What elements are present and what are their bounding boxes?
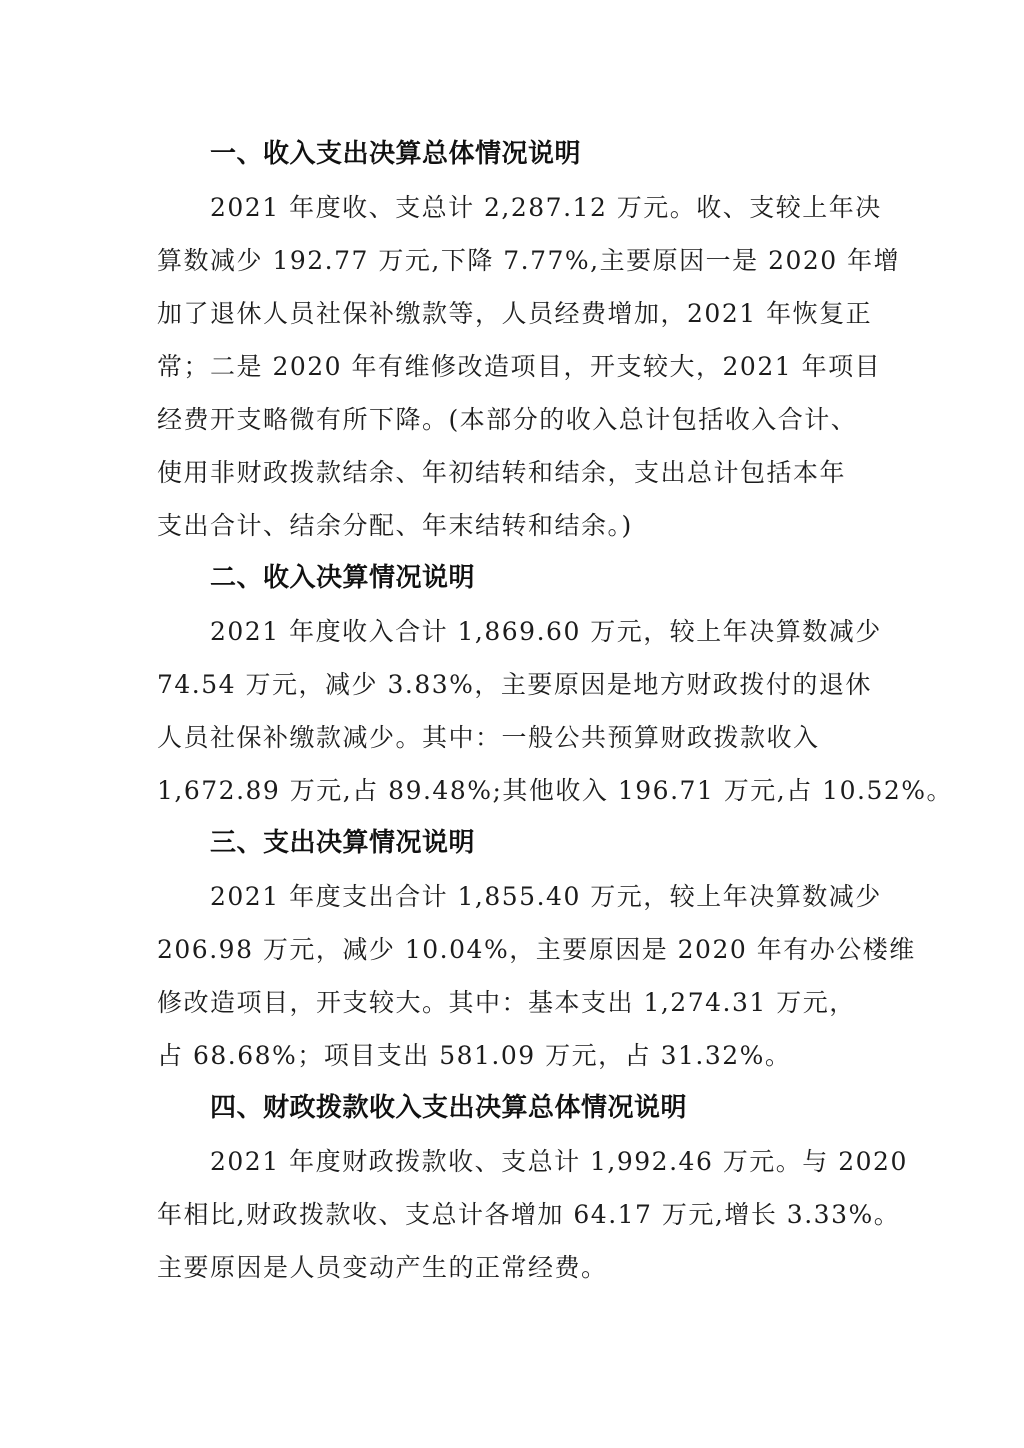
paragraph-line: 占 68.68%；项目支出 581.09 万元，占 31.32%。 [157, 1029, 877, 1082]
paragraph-line: 年相比,财政拨款收、支总计各增加 64.17 万元,增长 3.33%。 [157, 1188, 877, 1241]
section-overall-income-expenditure: 一、收入支出决算总体情况说明 2021 年度收、支总计 2,287.12 万元。… [157, 128, 877, 552]
paragraph-line: 修改造项目，开支较大。其中：基本支出 1,274.31 万元， [157, 976, 877, 1029]
paragraph-line: 使用非财政拨款结余、年初结转和结余，支出总计包括本年 [157, 446, 877, 499]
paragraph-line: 主要原因是人员变动产生的正常经费。 [157, 1241, 877, 1294]
paragraph-line: 经费开支略微有所下降。(本部分的收入总计包括收入合计、 [157, 393, 877, 446]
section-heading: 三、支出决算情况说明 [157, 817, 877, 870]
section-heading: 一、收入支出决算总体情况说明 [157, 128, 877, 181]
paragraph-line: 人员社保补缴款减少。其中：一般公共预算财政拨款收入 [157, 711, 877, 764]
paragraph-line: 算数减少 192.77 万元,下降 7.77%,主要原因一是 2020 年增 [157, 234, 877, 287]
paragraph-line: 常；二是 2020 年有维修改造项目，开支较大，2021 年项目 [157, 340, 877, 393]
paragraph-line: 2021 年度支出合计 1,855.40 万元，较上年决算数减少 [157, 870, 877, 923]
section-heading: 二、收入决算情况说明 [157, 552, 877, 605]
section-expenditure: 三、支出决算情况说明 2021 年度支出合计 1,855.40 万元，较上年决算… [157, 817, 877, 1082]
section-heading: 四、财政拨款收入支出决算总体情况说明 [157, 1082, 877, 1135]
paragraph-line: 加了退休人员社保补缴款等，人员经费增加，2021 年恢复正 [157, 287, 877, 340]
paragraph-line: 2021 年度收入合计 1,869.60 万元，较上年决算数减少 [157, 605, 877, 658]
section-income: 二、收入决算情况说明 2021 年度收入合计 1,869.60 万元，较上年决算… [157, 552, 877, 817]
paragraph-line: 2021 年度财政拨款收、支总计 1,992.46 万元。与 2020 [157, 1135, 877, 1188]
document-page: 一、收入支出决算总体情况说明 2021 年度收、支总计 2,287.12 万元。… [157, 128, 877, 1294]
section-fiscal-appropriation: 四、财政拨款收入支出决算总体情况说明 2021 年度财政拨款收、支总计 1,99… [157, 1082, 877, 1294]
paragraph-line: 74.54 万元，减少 3.83%，主要原因是地方财政拨付的退休 [157, 658, 877, 711]
paragraph-line: 支出合计、结余分配、年末结转和结余。) [157, 499, 877, 552]
paragraph-line: 2021 年度收、支总计 2,287.12 万元。收、支较上年决 [157, 181, 877, 234]
paragraph-line: 1,672.89 万元,占 89.48%;其他收入 196.71 万元,占 10… [157, 764, 877, 817]
paragraph-line: 206.98 万元，减少 10.04%，主要原因是 2020 年有办公楼维 [157, 923, 877, 976]
